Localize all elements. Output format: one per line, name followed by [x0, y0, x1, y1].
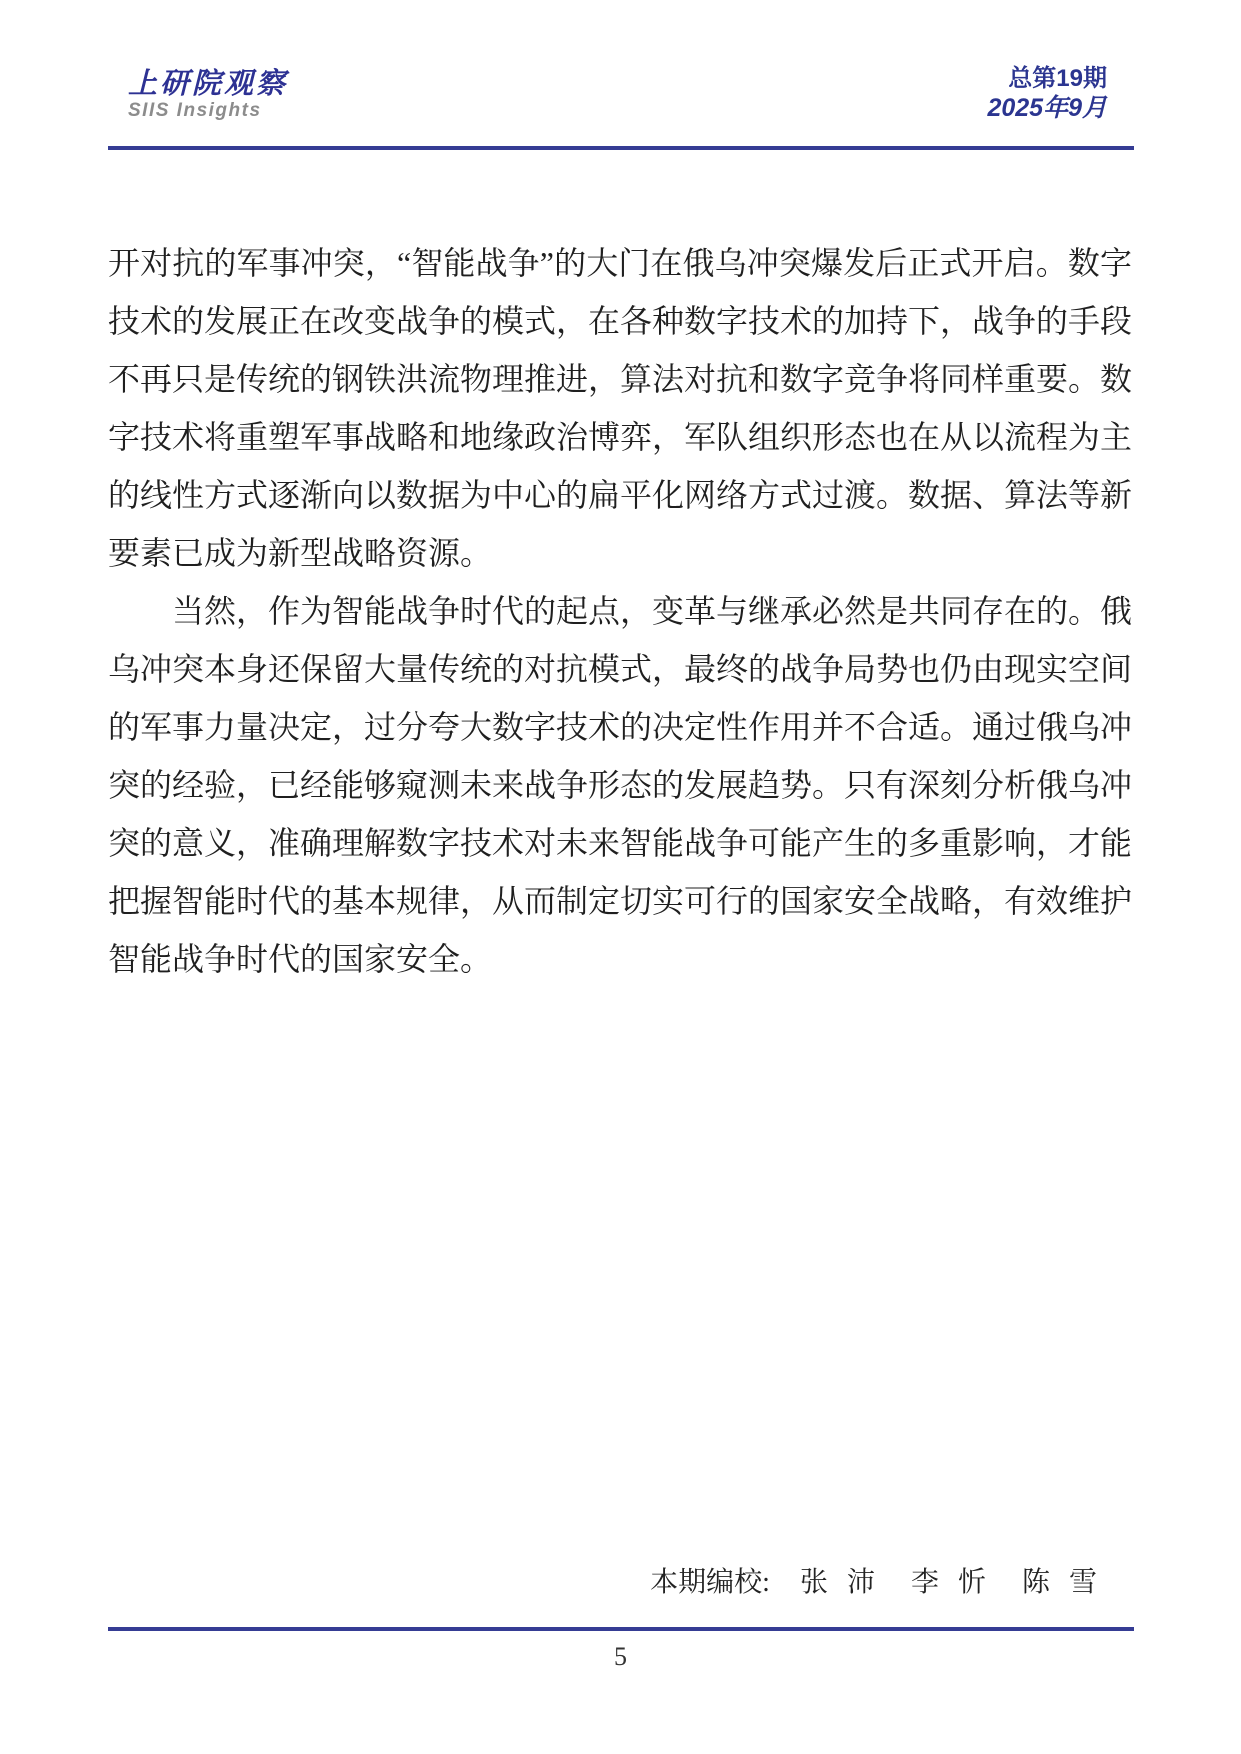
article-body: 开对抗的军事冲突，“智能战争”的大门在俄乌冲突爆发后正式开启。数字技术的发展正在…	[108, 234, 1132, 988]
logo-chinese-title: 上研院观察	[128, 68, 288, 100]
publication-logo: 上研院观察 SIIS Insights	[128, 68, 288, 122]
paragraph: 开对抗的军事冲突，“智能战争”的大门在俄乌冲突爆发后正式开启。数字技术的发展正在…	[108, 234, 1132, 582]
header-divider-rule	[108, 146, 1134, 150]
editors-label: 本期编校:	[650, 1567, 770, 1598]
footer-divider-rule	[108, 1627, 1134, 1631]
logo-english-title: SIIS Insights	[128, 100, 288, 122]
editor-name: 李 忻	[911, 1567, 992, 1598]
editor-name: 张 沛	[800, 1567, 881, 1598]
issue-info: 总第19期 2025年9月	[987, 64, 1107, 124]
page-number: 5	[0, 1642, 1241, 1672]
issue-number: 总第19期	[987, 64, 1107, 93]
paragraph: 当然，作为智能战争时代的起点，变革与继承必然是共同存在的。俄乌冲突本身还保留大量…	[108, 582, 1132, 988]
editors-credit-line: 本期编校:张 沛李 忻陈 雪	[650, 1560, 1103, 1600]
editor-name: 陈 雪	[1022, 1567, 1103, 1598]
issue-date: 2025年9月	[987, 93, 1107, 124]
document-page: 上研院观察 SIIS Insights 总第19期 2025年9月 开对抗的军事…	[0, 0, 1241, 1754]
